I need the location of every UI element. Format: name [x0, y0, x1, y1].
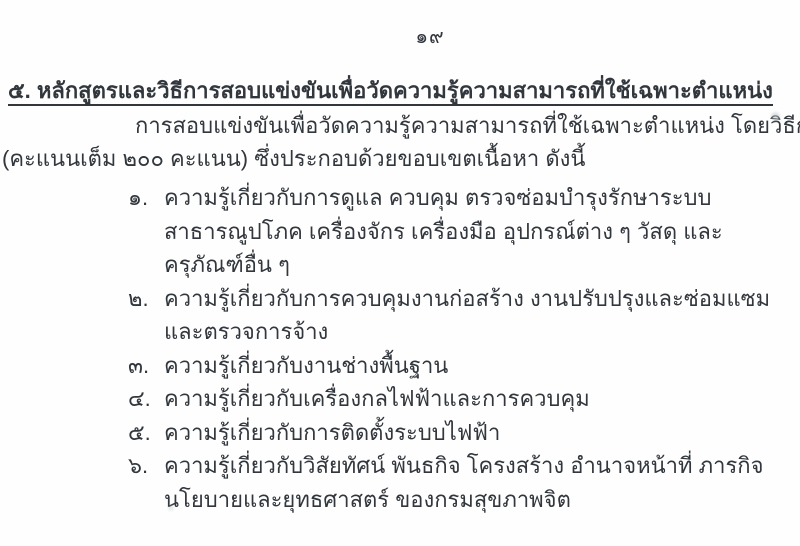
list-item: ๕. ความรู้เกี่ยวกับการติดตั้งระบบไฟฟ้า: [0, 416, 794, 450]
list-item-text: ความรู้เกี่ยวกับงานช่างพื้นฐาน: [164, 349, 794, 383]
page-number: ๑๙: [30, 20, 800, 52]
list-item: ๑. ความรู้เกี่ยวกับการดูแล ควบคุม ตรวจซ่…: [0, 181, 794, 282]
scan-artifact: [771, 112, 780, 121]
exam-scope-list: ๑. ความรู้เกี่ยวกับการดูแล ควบคุม ตรวจซ่…: [0, 181, 794, 516]
list-item: ๖. ความรู้เกี่ยวกับวิสัยทัศน์ พันธกิจ โค…: [0, 449, 794, 516]
list-item-text: ความรู้เกี่ยวกับการดูแล ควบคุม ตรวจซ่อมบ…: [164, 181, 794, 282]
intro-paragraph-line-2: (คะแนนเต็ม ๒๐๐ คะแนน) ซึ่งประกอบด้วยขอบเ…: [2, 143, 796, 175]
list-item-text: ความรู้เกี่ยวกับการควบคุมงานก่อสร้าง งาน…: [164, 282, 794, 349]
scan-artifact: [168, 505, 174, 511]
list-item-text: ความรู้เกี่ยวกับเครื่องกลไฟฟ้าและการควบค…: [164, 382, 794, 416]
scanned-document-page: ๑๙ ๕. หลักสูตรและวิธีการสอบแข่งขันเพื่อว…: [0, 0, 800, 546]
list-item-number: ๒.: [128, 282, 164, 316]
list-item-number: ๓.: [128, 349, 164, 383]
list-item-number: ๖.: [128, 449, 164, 483]
list-item-number: ๕.: [128, 416, 164, 450]
list-item: ๔. ความรู้เกี่ยวกับเครื่องกลไฟฟ้าและการค…: [0, 382, 794, 416]
list-item-number: ๑.: [128, 181, 164, 215]
list-item-text: ความรู้เกี่ยวกับการติดตั้งระบบไฟฟ้า: [164, 416, 794, 450]
section-heading: ๕. หลักสูตรและวิธีการสอบแข่งขันเพื่อวัดค…: [8, 76, 796, 107]
list-item: ๒. ความรู้เกี่ยวกับการควบคุมงานก่อสร้าง …: [0, 282, 794, 349]
intro-paragraph-line-1: การสอบแข่งขันเพื่อวัดความรู้ความสามารถที…: [135, 110, 796, 142]
list-item: ๓. ความรู้เกี่ยวกับงานช่างพื้นฐาน: [0, 349, 794, 383]
section-heading-text: ๕. หลักสูตรและวิธีการสอบแข่งขันเพื่อวัดค…: [8, 78, 773, 106]
list-item-text: ความรู้เกี่ยวกับวิสัยทัศน์ พันธกิจ โครงส…: [164, 449, 794, 516]
list-item-number: ๔.: [128, 382, 164, 416]
